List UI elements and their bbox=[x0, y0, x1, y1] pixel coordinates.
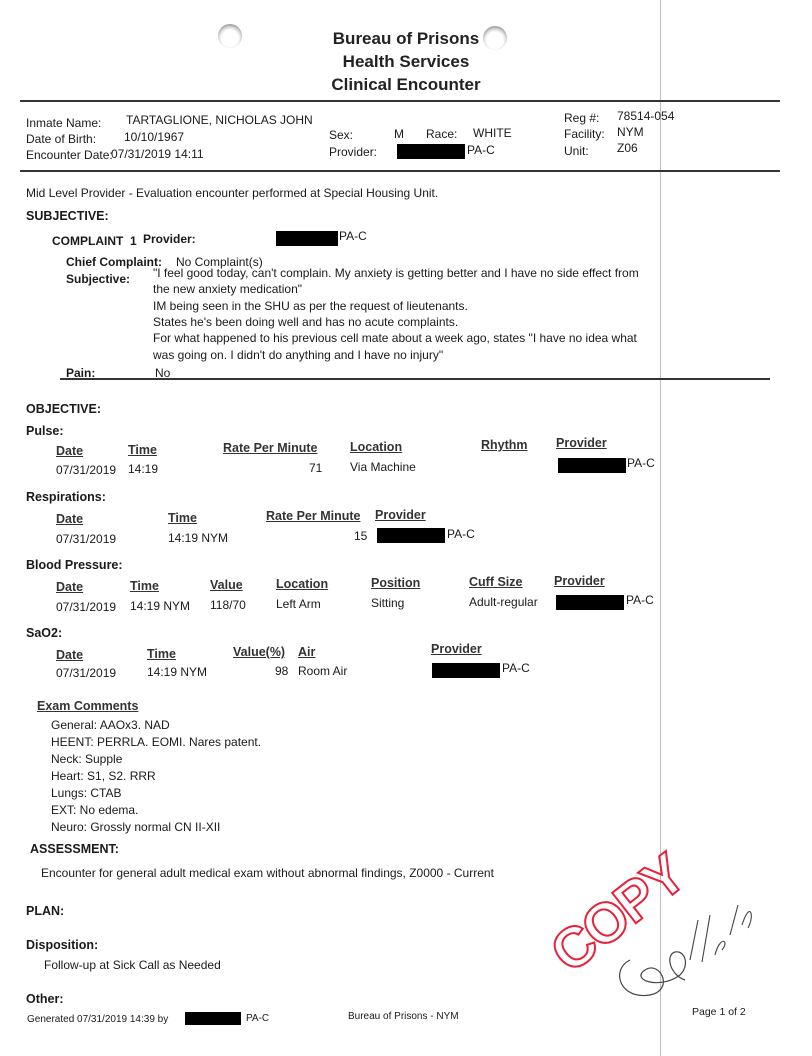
exam-line: Heart: S1, S2. RRR bbox=[51, 769, 156, 783]
sao2-value: 98 bbox=[275, 664, 288, 678]
bp-col-position: Position bbox=[371, 576, 420, 590]
redacted-sao2-provider bbox=[432, 663, 500, 678]
redacted-resp-provider bbox=[377, 528, 445, 543]
resp-col-date: Date bbox=[56, 512, 83, 526]
complaint-provider-label: Provider: bbox=[143, 232, 196, 246]
encounter-date-label: Encounter Date: bbox=[26, 148, 113, 162]
subjective-line: the new anxiety medication" bbox=[153, 282, 302, 296]
provider-suffix: PA-C bbox=[467, 143, 495, 157]
header-bottom-rule bbox=[20, 170, 780, 172]
disposition-heading: Disposition: bbox=[26, 938, 98, 952]
bp-col-location: Location bbox=[276, 577, 328, 591]
complaint-provider-suffix: PA-C bbox=[339, 229, 367, 243]
sao2-col-value: Value(%) bbox=[233, 645, 285, 659]
subjective-line: For what happened to his previous cell m… bbox=[153, 331, 637, 345]
redacted-provider-name bbox=[397, 144, 465, 159]
unit-label: Unit: bbox=[564, 144, 589, 158]
sex: M bbox=[394, 127, 404, 141]
bp-value: 118/70 bbox=[210, 598, 246, 612]
bp-time: 14:19 NYM bbox=[130, 599, 190, 613]
resp-rate: 15 bbox=[354, 529, 367, 543]
inmate-name-label: Inmate Name: bbox=[26, 116, 101, 130]
pulse-time: 14:19 bbox=[128, 462, 158, 476]
dob-label: Date of Birth: bbox=[26, 132, 96, 146]
sao2-provider-suffix: PA-C bbox=[502, 661, 530, 675]
sao2-air: Room Air bbox=[298, 664, 347, 678]
exam-line: Neuro: Grossly normal CN II-XII bbox=[51, 820, 220, 834]
pulse-col-date: Date bbox=[56, 444, 83, 458]
exam-line: HEENT: PERRLA. EOMI. Nares patent. bbox=[51, 735, 261, 749]
bp-location: Left Arm bbox=[276, 597, 321, 611]
bp-provider-suffix: PA-C bbox=[626, 593, 654, 607]
pulse-col-time: Time bbox=[128, 443, 157, 457]
reg-label: Reg #: bbox=[564, 111, 599, 125]
reg-number: 78514-054 bbox=[617, 109, 674, 123]
resp-col-provider: Provider bbox=[375, 508, 426, 522]
sao2-col-provider: Provider bbox=[431, 642, 482, 656]
bp-col-cuff: Cuff Size bbox=[469, 575, 522, 589]
generated-suffix: PA-C bbox=[246, 1013, 269, 1024]
resp-time: 14:19 NYM bbox=[168, 531, 228, 545]
redacted-pulse-provider bbox=[558, 458, 626, 473]
footer-facility: Bureau of Prisons - NYM bbox=[348, 1011, 459, 1022]
encounter-date: 07/31/2019 14:11 bbox=[111, 147, 204, 161]
encounter-intro: Mid Level Provider - Evaluation encounte… bbox=[26, 186, 438, 200]
generated-by: Generated 07/31/2019 14:39 by bbox=[27, 1014, 168, 1025]
complaint-label: COMPLAINT 1 bbox=[52, 234, 137, 248]
exam-line: Neck: Supple bbox=[51, 752, 122, 766]
provider-label: Provider: bbox=[329, 145, 377, 159]
other-heading: Other: bbox=[26, 992, 64, 1006]
header-top-rule bbox=[20, 100, 780, 102]
sao2-col-air: Air bbox=[298, 645, 315, 659]
assessment-text: Encounter for general adult medical exam… bbox=[41, 866, 494, 880]
resp-date: 07/31/2019 bbox=[56, 532, 116, 546]
redacted-complaint-provider bbox=[276, 231, 338, 246]
pulse-col-rhythm: Rhythm bbox=[481, 438, 528, 452]
pulse-rate: 71 bbox=[309, 461, 322, 475]
resp-col-rate: Rate Per Minute bbox=[266, 509, 360, 523]
plan-heading: PLAN: bbox=[26, 904, 64, 918]
redacted-generated-by bbox=[185, 1012, 241, 1025]
resp-col-time: Time bbox=[168, 511, 197, 525]
dob: 10/10/1967 bbox=[124, 130, 184, 144]
subjective-line: "I feel good today, can't complain. My a… bbox=[153, 266, 639, 280]
bp-cuff-size: Adult-regular bbox=[469, 595, 538, 609]
pulse-location: Via Machine bbox=[350, 460, 416, 474]
inmate-name: TARTAGLIONE, NICHOLAS JOHN bbox=[126, 113, 313, 127]
respirations-label: Respirations: bbox=[26, 490, 106, 504]
disposition-text: Follow-up at Sick Call as Needed bbox=[44, 958, 221, 972]
subjective-line: States he's been doing well and has no a… bbox=[153, 315, 458, 329]
pulse-col-location: Location bbox=[350, 440, 402, 454]
sao2-label: SaO2: bbox=[26, 626, 62, 640]
resp-provider-suffix: PA-C bbox=[447, 527, 475, 541]
title-line-1: Bureau of Prisons bbox=[0, 29, 812, 49]
subjective-bottom-rule bbox=[60, 378, 770, 380]
bp-col-value: Value bbox=[210, 578, 243, 592]
title-line-2: Health Services bbox=[0, 52, 812, 72]
handwritten-signature-icon bbox=[590, 880, 770, 1010]
exam-line: General: AAOx3. NAD bbox=[51, 718, 170, 732]
unit: Z06 bbox=[617, 141, 638, 155]
pulse-col-provider: Provider bbox=[556, 436, 607, 450]
sao2-time: 14:19 NYM bbox=[147, 665, 207, 679]
chief-complaint-label: Chief Complaint: bbox=[66, 255, 162, 269]
pulse-col-rate: Rate Per Minute bbox=[223, 441, 317, 455]
blood-pressure-label: Blood Pressure: bbox=[26, 558, 123, 572]
bp-col-time: Time bbox=[130, 579, 159, 593]
exam-line: Lungs: CTAB bbox=[51, 786, 121, 800]
exam-comments-heading: Exam Comments bbox=[37, 699, 138, 713]
subjective-line: IM being seen in the SHU as per the requ… bbox=[153, 299, 468, 313]
pulse-date: 07/31/2019 bbox=[56, 463, 116, 477]
sex-label: Sex: bbox=[329, 128, 353, 142]
subjective-line: was going on. I didn't do anything and I… bbox=[153, 348, 443, 362]
race-label: Race: bbox=[426, 127, 457, 141]
assessment-heading: ASSESSMENT: bbox=[30, 842, 119, 856]
pulse-provider-suffix: PA-C bbox=[627, 456, 655, 470]
bp-position: Sitting bbox=[371, 596, 404, 610]
redacted-bp-provider bbox=[556, 595, 624, 610]
race: WHITE bbox=[473, 126, 512, 140]
title-line-3: Clinical Encounter bbox=[0, 75, 812, 95]
facility-label: Facility: bbox=[564, 127, 605, 141]
facility: NYM bbox=[617, 125, 644, 139]
subjective-label: Subjective: bbox=[66, 272, 130, 286]
sao2-col-date: Date bbox=[56, 648, 83, 662]
pulse-label: Pulse: bbox=[26, 424, 64, 438]
sao2-date: 07/31/2019 bbox=[56, 666, 116, 680]
sao2-col-time: Time bbox=[147, 647, 176, 661]
objective-heading: OBJECTIVE: bbox=[26, 402, 101, 416]
subjective-heading: SUBJECTIVE: bbox=[26, 209, 109, 223]
bp-col-date: Date bbox=[56, 580, 83, 594]
bp-date: 07/31/2019 bbox=[56, 600, 116, 614]
exam-line: EXT: No edema. bbox=[51, 803, 138, 817]
bp-col-provider: Provider bbox=[554, 574, 605, 588]
